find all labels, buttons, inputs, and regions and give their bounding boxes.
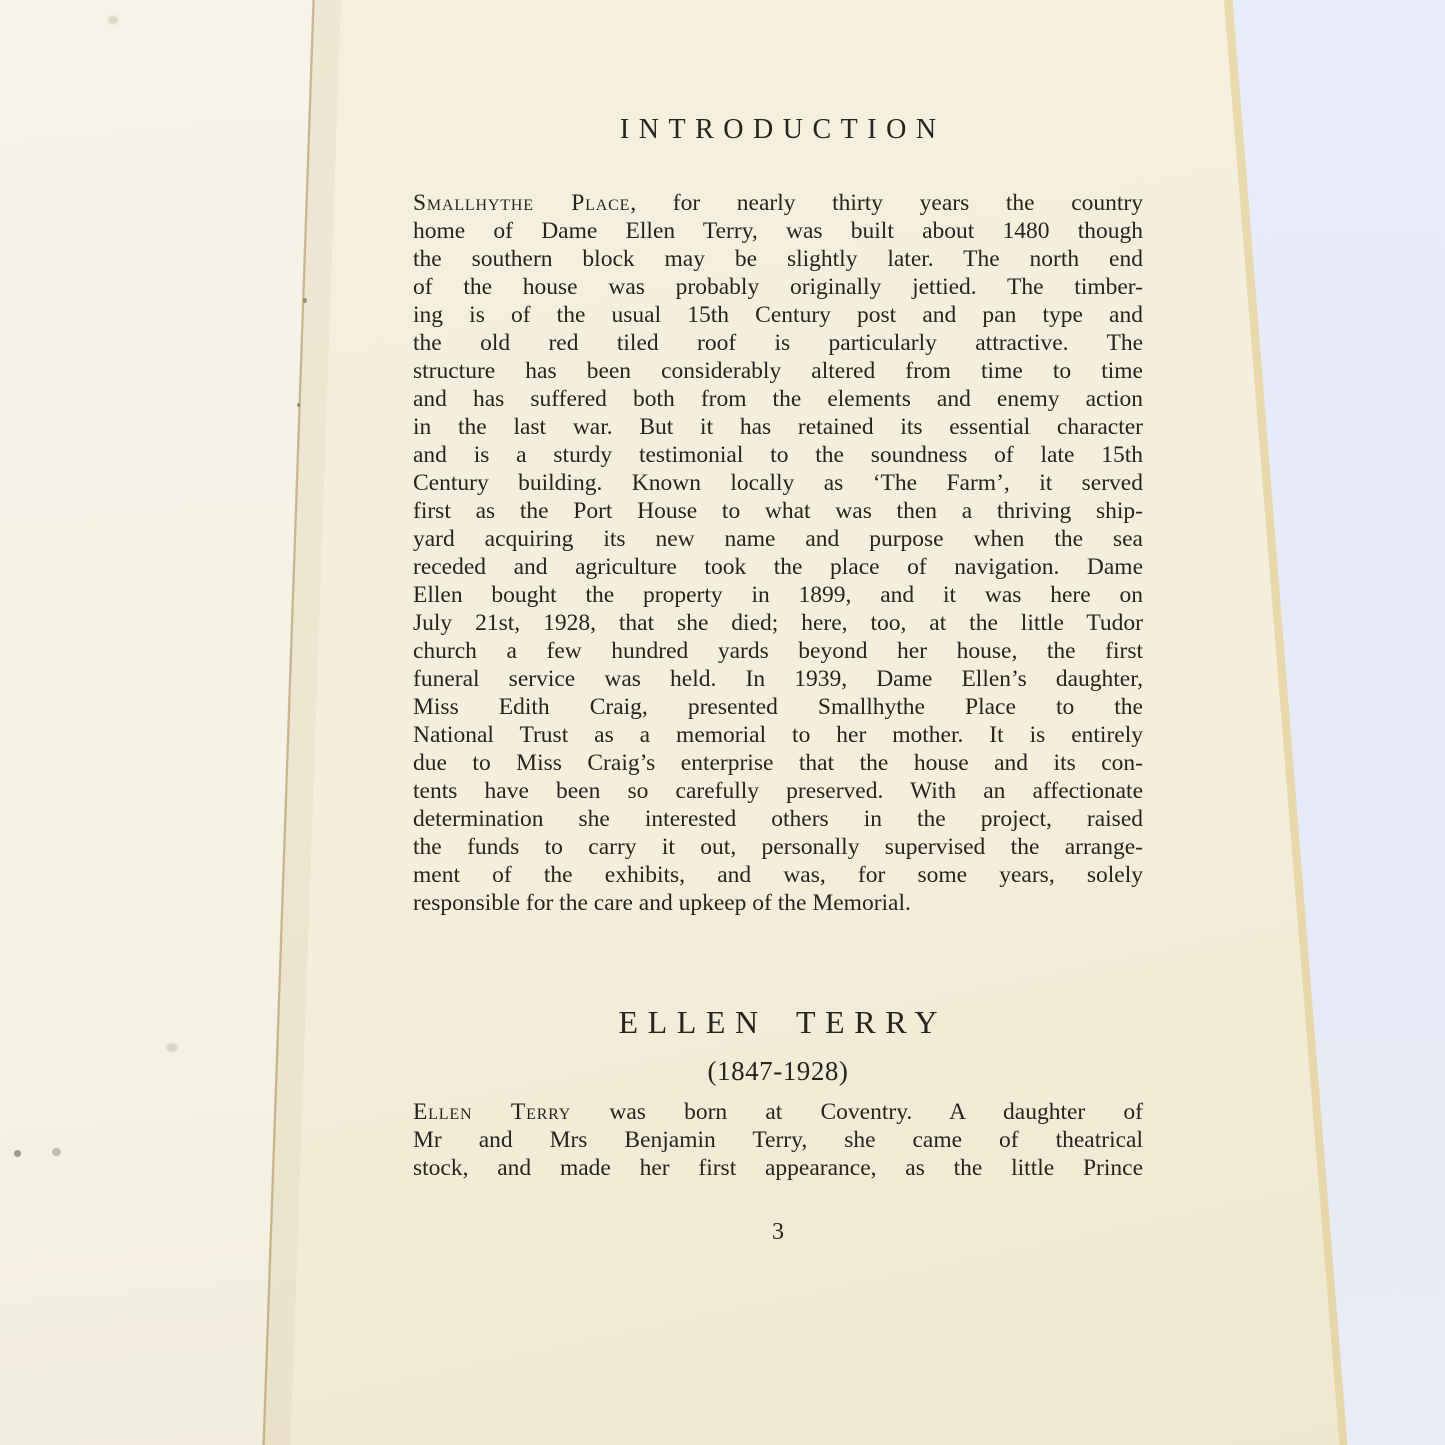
- text-segment: , for nearly thirty years the country: [630, 190, 1143, 216]
- text-line: receded and agriculture took the place o…: [413, 553, 1143, 581]
- text-line: and is a sturdy testimonial to the sound…: [413, 441, 1143, 469]
- text-line: responsible for the care and upkeep of t…: [413, 889, 1143, 917]
- text-line: National Trust as a memorial to her moth…: [413, 721, 1143, 749]
- text-line: stock, and made her first appearance, as…: [413, 1154, 1143, 1182]
- small-caps-text: Smallhythe Place: [413, 190, 630, 216]
- text-line: ment of the exhibits, and was, for some …: [413, 861, 1143, 889]
- text-segment: the funds to carry it out, personally su…: [413, 834, 1143, 860]
- paper-speck: [52, 1148, 61, 1156]
- text-line: first as the Port House to what was then…: [413, 497, 1143, 525]
- text-segment: in the last war. But it has retained its…: [413, 414, 1143, 440]
- section-heading: ELLEN TERRY: [413, 1004, 1143, 1041]
- text-line: and has suffered both from the elements …: [413, 385, 1143, 413]
- text-line: Miss Edith Craig, presented Smallhythe P…: [413, 693, 1143, 721]
- paper-smudge: [166, 1043, 178, 1052]
- text-line: structure has been considerably altered …: [413, 357, 1143, 385]
- section-dates: (1847-1928): [413, 1056, 1143, 1087]
- text-segment: Miss Edith Craig, presented Smallhythe P…: [413, 694, 1143, 720]
- text-line: Ellen Terry was born at Coventry. A daug…: [413, 1098, 1143, 1126]
- text-segment: and has suffered both from the elements …: [413, 386, 1143, 412]
- text-line: church a few hundred yards beyond her ho…: [413, 637, 1143, 665]
- page-content: INTRODUCTION Smallhythe Place, for nearl…: [413, 0, 1143, 1445]
- staple-mark: [303, 298, 307, 303]
- intro-paragraph: Smallhythe Place, for nearly thirty year…: [413, 189, 1143, 917]
- paper-smudge: [108, 16, 118, 24]
- paper-speck: [14, 1150, 21, 1157]
- text-line: Ellen bought the property in 1899, and i…: [413, 581, 1143, 609]
- text-line: ing is of the usual 15th Century post an…: [413, 301, 1143, 329]
- text-segment: the southern block may be slightly later…: [413, 246, 1143, 272]
- text-line: Mr and Mrs Benjamin Terry, she came of t…: [413, 1126, 1143, 1154]
- text-line: determination she interested others in t…: [413, 805, 1143, 833]
- text-segment: due to Miss Craig’s enterprise that the …: [413, 750, 1143, 776]
- text-segment: July 21st, 1928, that she died; here, to…: [413, 610, 1143, 636]
- text-line: due to Miss Craig’s enterprise that the …: [413, 749, 1143, 777]
- text-line: the southern block may be slightly later…: [413, 245, 1143, 273]
- text-segment: was born at Coventry. A daughter of: [571, 1099, 1143, 1125]
- small-caps-text: Ellen Terry: [413, 1099, 571, 1125]
- text-line: in the last war. But it has retained its…: [413, 413, 1143, 441]
- text-segment: National Trust as a memorial to her moth…: [413, 722, 1143, 748]
- text-segment: stock, and made her first appearance, as…: [413, 1155, 1143, 1181]
- text-segment: and is a sturdy testimonial to the sound…: [413, 442, 1143, 468]
- text-line: funeral service was held. In 1939, Dame …: [413, 665, 1143, 693]
- page-title: INTRODUCTION: [413, 114, 1143, 146]
- text-segment: ing is of the usual 15th Century post an…: [413, 302, 1143, 328]
- text-segment: Century building. Known locally as ‘The …: [413, 470, 1143, 496]
- text-segment: ment of the exhibits, and was, for some …: [413, 862, 1143, 888]
- text-line: the old red tiled roof is particularly a…: [413, 329, 1143, 357]
- text-segment: the old red tiled roof is particularly a…: [413, 330, 1143, 356]
- text-line: the funds to carry it out, personally su…: [413, 833, 1143, 861]
- text-segment: yard acquiring its new name and purpose …: [413, 526, 1143, 552]
- section-paragraph: Ellen Terry was born at Coventry. A daug…: [413, 1098, 1143, 1182]
- text-line: July 21st, 1928, that she died; here, to…: [413, 609, 1143, 637]
- text-line: Smallhythe Place, for nearly thirty year…: [413, 189, 1143, 217]
- text-line: home of Dame Ellen Terry, was built abou…: [413, 217, 1143, 245]
- text-segment: responsible for the care and upkeep of t…: [413, 890, 911, 916]
- text-line: of the house was probably originally jet…: [413, 273, 1143, 301]
- staple-mark: [297, 403, 300, 407]
- text-segment: tents have been so carefully preserved. …: [413, 778, 1143, 804]
- text-segment: Mr and Mrs Benjamin Terry, she came of t…: [413, 1127, 1143, 1153]
- text-segment: home of Dame Ellen Terry, was built abou…: [413, 218, 1143, 244]
- book-page: INTRODUCTION Smallhythe Place, for nearl…: [0, 0, 1445, 1445]
- text-segment: determination she interested others in t…: [413, 806, 1143, 832]
- page-number: 3: [413, 1219, 1143, 1246]
- text-line: tents have been so carefully preserved. …: [413, 777, 1143, 805]
- text-segment: structure has been considerably altered …: [413, 358, 1143, 384]
- text-segment: first as the Port House to what was then…: [413, 498, 1143, 524]
- text-segment: receded and agriculture took the place o…: [413, 554, 1143, 580]
- text-line: yard acquiring its new name and purpose …: [413, 525, 1143, 553]
- text-line: Century building. Known locally as ‘The …: [413, 469, 1143, 497]
- text-segment: of the house was probably originally jet…: [413, 274, 1143, 300]
- text-segment: Ellen bought the property in 1899, and i…: [413, 582, 1143, 608]
- text-segment: funeral service was held. In 1939, Dame …: [413, 666, 1143, 692]
- text-segment: church a few hundred yards beyond her ho…: [413, 638, 1143, 664]
